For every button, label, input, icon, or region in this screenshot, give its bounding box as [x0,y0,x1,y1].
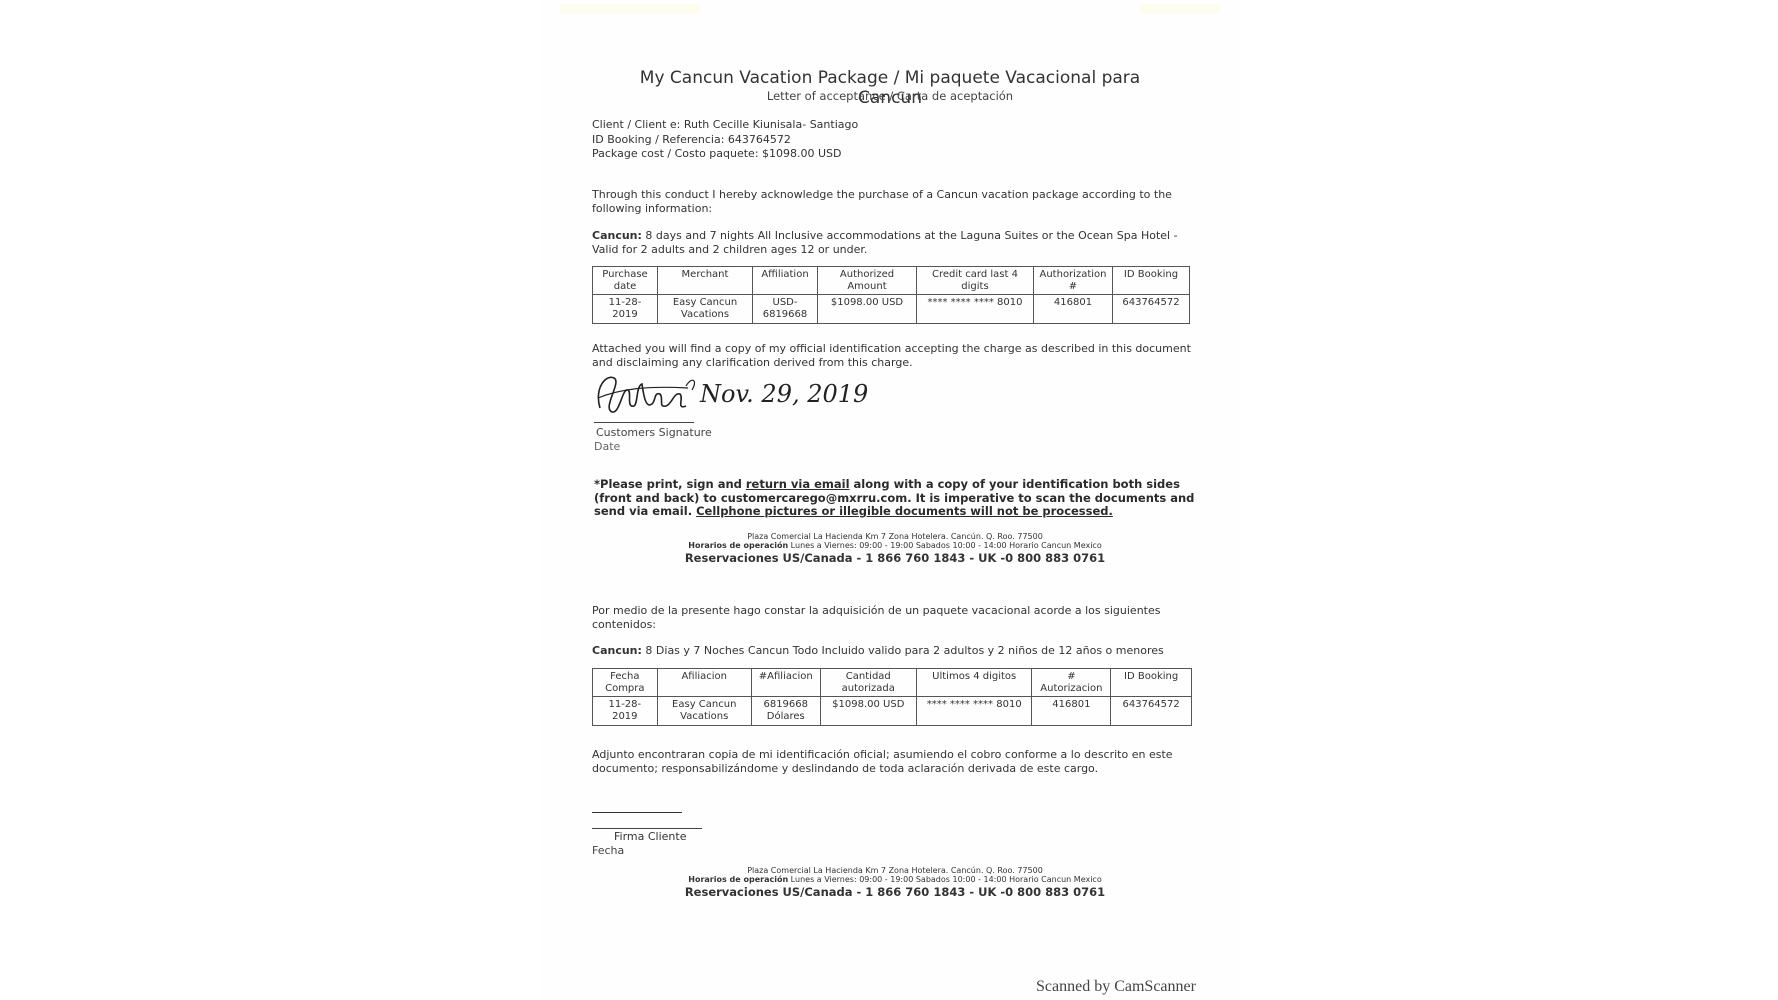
package-label: Cancun: [592,644,642,657]
cellphone-warning-text: Cellphone pictures or illegible document… [696,504,1113,518]
camscanner-watermark: Scanned by CamScanner [1036,978,1196,996]
scan-artifact [1140,4,1220,14]
spanish-package-description: Cancun: 8 Dias y 7 Noches Cancun Todo In… [592,644,1202,658]
package-label: Cancun: [592,229,642,242]
hours-label: Horarios de operación [688,541,788,550]
table-cell: 11-28-2019 [593,697,658,726]
footer-reservations: Reservaciones US/Canada - 1 866 760 1843… [610,551,1180,565]
footer-hours: Horarios de operación Lunes a Viernes: 0… [610,875,1180,885]
column-header: ID Booking [1113,267,1190,295]
spanish-attached-statement: Adjunto encontraran copia de mi identifi… [592,748,1202,775]
package-cost: Package cost / Costo paquete: $1098.00 U… [592,147,858,162]
client-name: Client / Client e: Ruth Cecille Kiunisal… [592,118,858,133]
package-text: 8 days and 7 nights All Inclusive accomm… [592,229,1178,256]
table-cell: 416801 [1034,295,1113,324]
return-instructions-notice: *Please print, sign and return via email… [594,478,1214,519]
spanish-intro: Por medio de la presente hago constar la… [592,604,1202,631]
signature-line [594,422,694,423]
table-cell: **** **** **** 8010 [916,697,1032,726]
date-label: Date [594,440,620,453]
signature-label: Firma Cliente [614,830,686,843]
column-header: Purchase date [593,267,658,295]
table-cell: 643764572 [1113,295,1190,324]
document-subtitle: Letter of acceptance / Carta de aceptaci… [610,89,1170,103]
table-cell: 643764572 [1111,697,1192,726]
table-cell: 416801 [1032,697,1111,726]
package-text: 8 Dias y 7 Noches Cancun Todo Incluido v… [642,644,1164,657]
table-cell: **** **** **** 8010 [917,295,1034,324]
footer-contact-spanish: Plaza Comercial La Hacienda Km 7 Zona Ho… [610,866,1180,899]
table-cell: Easy Cancun Vacations [657,697,751,726]
column-header: Authorization # [1034,267,1113,295]
column-header: # Autorizacion [1032,669,1111,697]
english-transaction-table: Purchase dateMerchantAffiliationAuthoriz… [592,266,1190,324]
table-row: 11-28-2019Easy Cancun VacationsUSD-68196… [593,295,1190,324]
date-label: Fecha [592,844,624,857]
table-cell: $1098.00 USD [820,697,916,726]
table-cell: 6819668 Dólares [751,697,820,726]
column-header: Cantidad autorizada [820,669,916,697]
column-header: Affiliation [753,267,818,295]
column-header: ID Booking [1111,669,1192,697]
column-header: Ultimos 4 digitos [916,669,1032,697]
hours-text: Lunes a Viernes: 09:00 - 19:00 Sabados 1… [788,875,1102,884]
english-attached-statement: Attached you will find a copy of my offi… [592,342,1202,369]
scanned-document-page: My Cancun Vacation Package / Mi paquete … [540,0,1240,1000]
signature-label: Customers Signature [596,426,712,439]
table-row: 11-28-2019Easy Cancun Vacations6819668 D… [593,697,1192,726]
footer-address: Plaza Comercial La Hacienda Km 7 Zona Ho… [610,532,1180,541]
hours-label: Horarios de operación [688,875,788,884]
english-package-description: Cancun: 8 days and 7 nights All Inclusiv… [592,229,1202,256]
column-header: Merchant [658,267,753,295]
spanish-transaction-table: Fecha CompraAfiliacion#AfiliacionCantida… [592,668,1192,726]
table-cell: $1098.00 USD [818,295,917,324]
table-cell: 11-28-2019 [593,295,658,324]
footer-address: Plaza Comercial La Hacienda Km 7 Zona Ho… [610,866,1180,875]
english-intro: Through this conduct I hereby acknowledg… [592,188,1202,215]
client-info: Client / Client e: Ruth Cecille Kiunisal… [592,118,858,162]
footer-contact-english: Plaza Comercial La Hacienda Km 7 Zona Ho… [610,532,1180,565]
column-header: #Afiliacion [751,669,820,697]
hours-text: Lunes a Viernes: 09:00 - 19:00 Sabados 1… [788,541,1102,550]
column-header: Authorized Amount [818,267,917,295]
notice-text: *Please print, sign and [594,477,746,491]
table-header-row: Purchase dateMerchantAffiliationAuthoriz… [593,267,1190,295]
table-cell: Easy Cancun Vacations [658,295,753,324]
return-via-email-text: return via email [746,477,850,491]
customer-signature-block: Nov. 29, 2019 Customers Signature Date [592,368,892,448]
table-cell: USD-6819668 [753,295,818,324]
handwritten-date: Nov. 29, 2019 [700,380,868,408]
column-header: Fecha Compra [593,669,658,697]
table-header-row: Fecha CompraAfiliacion#AfiliacionCantida… [593,669,1192,697]
column-header: Credit card last 4 digits [917,267,1034,295]
footer-reservations: Reservaciones US/Canada - 1 866 760 1843… [610,885,1180,899]
footer-hours: Horarios de operación Lunes a Viernes: 0… [610,541,1180,551]
column-header: Afiliacion [657,669,751,697]
signature-line [592,828,702,829]
signature-line [592,812,682,813]
scan-artifact [560,4,700,14]
booking-id: ID Booking / Referencia: 643764572 [592,133,858,148]
